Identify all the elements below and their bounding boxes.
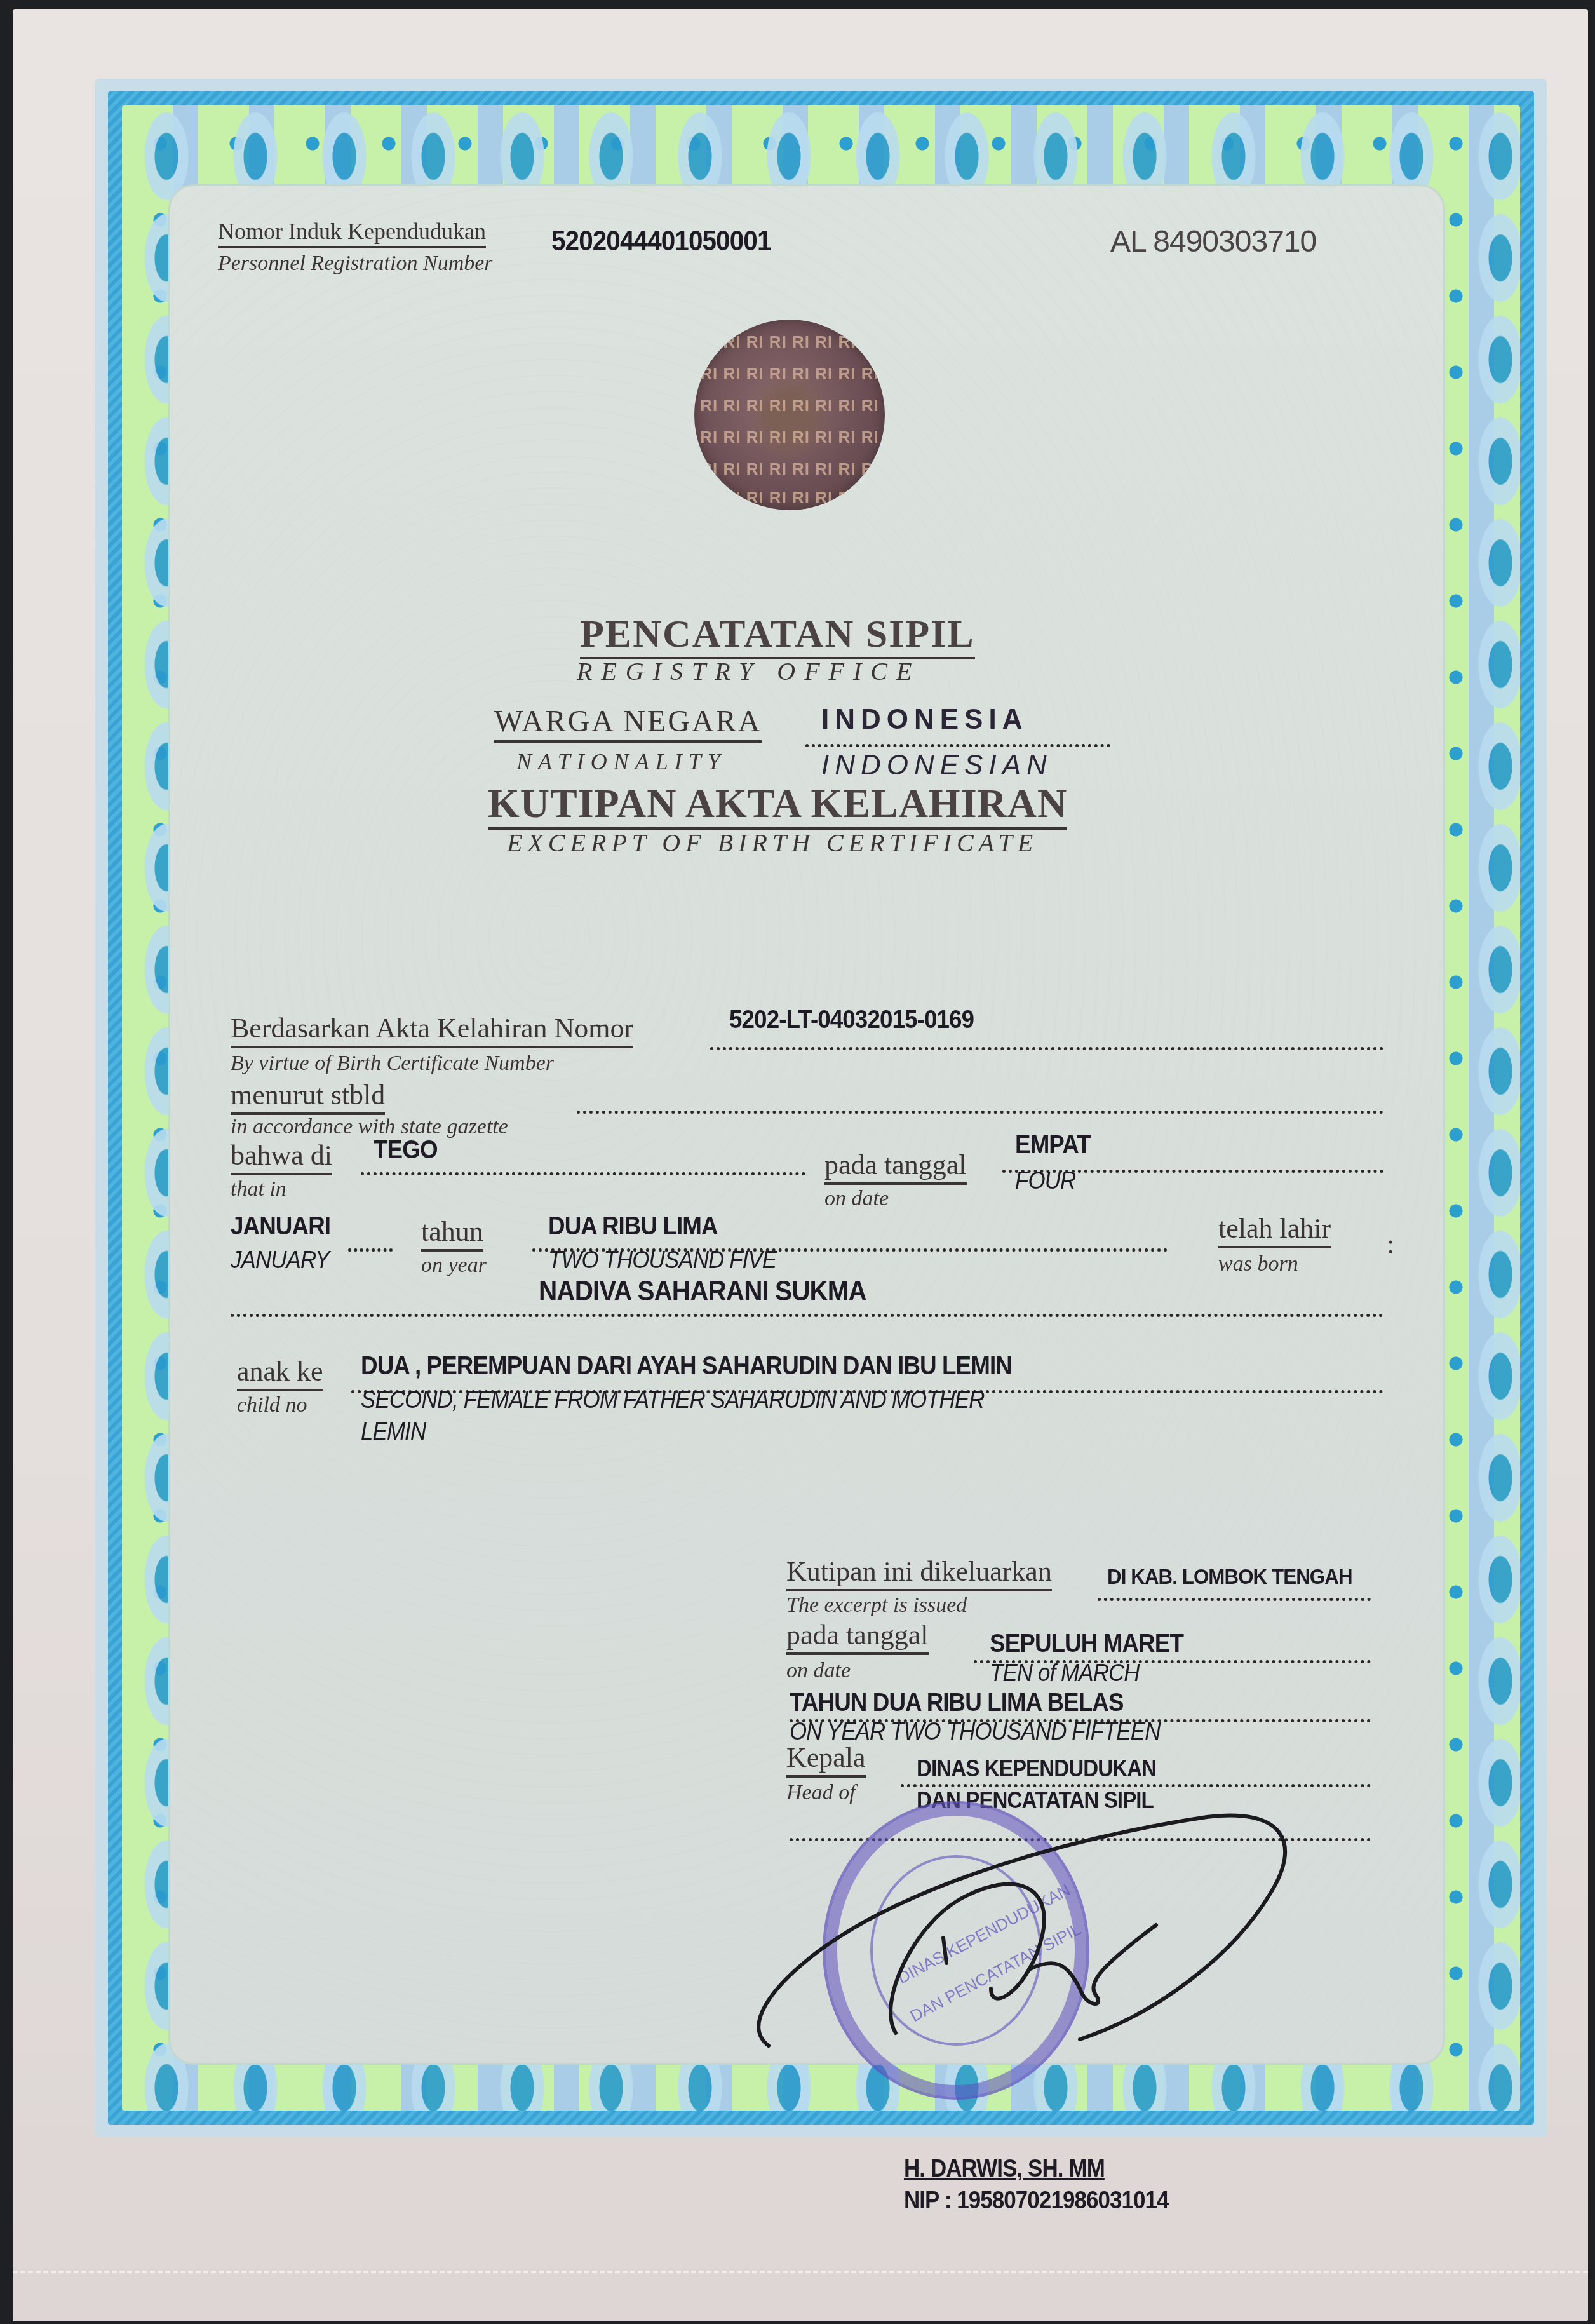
seal-pattern-text: RI RI RI RI RI RI RI RI bbox=[694, 364, 885, 384]
birth-date-label-en: on date bbox=[824, 1187, 889, 1211]
issue-date-value-en: TEN of MARCH bbox=[990, 1660, 1140, 1687]
cert-number-label-en: By virtue of Birth Certificate Number bbox=[231, 1051, 554, 1076]
nik-label-en: Personnel Registration Number bbox=[218, 252, 493, 276]
birth-day-value: EMPAT bbox=[1015, 1131, 1091, 1159]
cert-number-value: 5202-LT-04032015-0169 bbox=[729, 1006, 974, 1034]
issued-label: Kutipan ini dikeluarkan bbox=[786, 1555, 1052, 1591]
stbld-dotted-line bbox=[577, 1111, 1383, 1114]
seal-pattern-text: RI RI RI RI RI RI RI RI bbox=[694, 396, 885, 415]
child-description: DUA , PEREMPUAN DARI AYAH SAHARUDIN DAN … bbox=[361, 1352, 1012, 1381]
head-label: Kepala bbox=[786, 1741, 866, 1778]
seal-pattern-text: RI RI RI RI RI RI RI RI bbox=[694, 332, 885, 352]
issue-date-label-en: on date bbox=[786, 1659, 851, 1683]
stbld-label: menurut stbld bbox=[231, 1079, 385, 1115]
child-name: NADIVA SAHARANI SUKMA bbox=[539, 1276, 866, 1307]
issued-place-dotted-line bbox=[1098, 1598, 1371, 1601]
birth-year-label: tahun bbox=[421, 1215, 483, 1252]
issue-date-label: pada tanggal bbox=[786, 1619, 929, 1655]
certificate-title: KUTIPAN AKTA KELAHIRAN bbox=[488, 780, 1067, 830]
birth-month-value-en: JANUARY bbox=[231, 1247, 329, 1274]
garuda-hologram-icon: RI RI RI RI RI RI RI RI RI RI RI RI RI R… bbox=[694, 320, 885, 510]
nik-label: Nomor Induk Kependudukan bbox=[218, 218, 486, 248]
signatory-name: H. DARWIS, SH. MM bbox=[904, 2156, 1105, 2183]
cert-number-label: Berdasarkan Akta Kelahiran Nomor bbox=[231, 1012, 633, 1048]
born-label-en: was born bbox=[1218, 1252, 1298, 1276]
stbld-label-en: in accordance with state gazette bbox=[231, 1115, 508, 1139]
nationality-dotted-line bbox=[805, 744, 1110, 747]
place-dotted-line bbox=[361, 1172, 805, 1175]
issued-place: DI KAB. LOMBOK TENGAH bbox=[1107, 1565, 1352, 1590]
birth-date-label: pada tanggal bbox=[824, 1149, 967, 1185]
birth-year-value: DUA RIBU LIMA bbox=[548, 1212, 718, 1241]
born-label: telah lahir bbox=[1218, 1212, 1331, 1248]
birth-month-dotted-line bbox=[348, 1248, 393, 1252]
office-title: PENCATATAN SIPIL bbox=[580, 612, 975, 659]
nationality-label: WARGA NEGARA bbox=[494, 704, 762, 743]
office-title-en: REGISTRY OFFICE bbox=[577, 656, 920, 686]
child-description-en: SECOND, FEMALE FROM FATHER SAHARUDIN AND… bbox=[361, 1387, 985, 1414]
nationality-value: INDONESIA bbox=[821, 704, 1028, 736]
nationality-value-en: INDONESIAN bbox=[821, 750, 1053, 781]
seal-pattern-text: RI RI RI RI RI RI RI RI bbox=[694, 488, 885, 508]
perforation-line bbox=[13, 2271, 1588, 2273]
issued-label-en: The excerpt is issued bbox=[786, 1593, 967, 1618]
child-name-dotted-line bbox=[231, 1314, 1383, 1317]
handwritten-signature bbox=[750, 1798, 1385, 2071]
signatory-nip: NIP : 195807021986031014 bbox=[904, 2187, 1169, 2215]
nationality-label-en: NATIONALITY bbox=[516, 748, 727, 775]
birth-year-label-en: on year bbox=[421, 1253, 487, 1278]
head-office-line1: DINAS KEPENDUDUKAN bbox=[917, 1755, 1156, 1782]
place-value: TEGO bbox=[374, 1136, 438, 1165]
place-label: bahwa di bbox=[231, 1139, 332, 1175]
nik-value: 5202044401050001 bbox=[551, 226, 771, 257]
birth-day-dotted-line bbox=[1002, 1170, 1383, 1173]
cert-number-dotted-line bbox=[710, 1047, 1383, 1050]
child-description-en-cont: LEMIN bbox=[361, 1419, 426, 1446]
place-label-en: that in bbox=[231, 1177, 286, 1201]
child-no-label: anak ke bbox=[237, 1355, 323, 1391]
born-colon: : bbox=[1387, 1228, 1394, 1260]
issue-year-value: TAHUN DUA RIBU LIMA BELAS bbox=[790, 1689, 1124, 1717]
child-no-label-en: child no bbox=[237, 1393, 307, 1417]
birth-month-value: JANUARI bbox=[231, 1212, 330, 1241]
issue-date-value: SEPULUH MARET bbox=[990, 1630, 1183, 1658]
serial-number: AL 8490303710 bbox=[1110, 224, 1316, 259]
certificate-field: Nomor Induk Kependudukan Personnel Regis… bbox=[168, 184, 1445, 2065]
seal-pattern-text: RI RI RI RI RI RI RI RI bbox=[694, 428, 885, 447]
birth-year-dotted-line bbox=[532, 1248, 1168, 1252]
seal-pattern-text: RI RI RI RI RI RI RI RI bbox=[694, 459, 885, 479]
certificate-title-en: EXCERPT OF BIRTH CERTIFICATE bbox=[507, 828, 1038, 858]
